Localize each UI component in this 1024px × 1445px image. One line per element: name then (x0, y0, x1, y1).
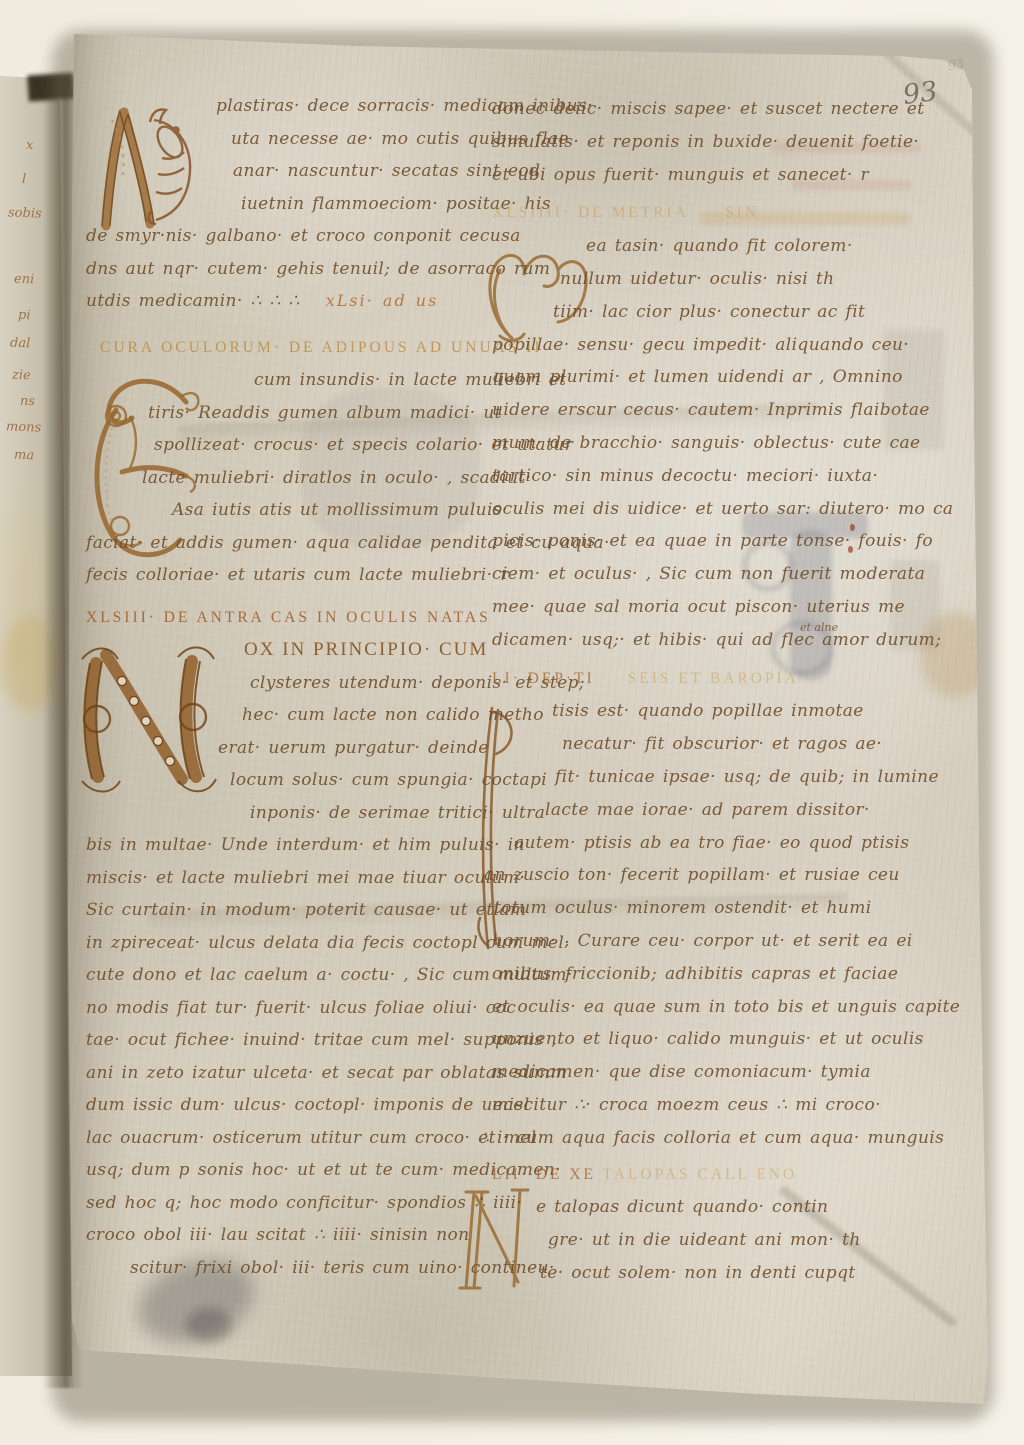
smudge (186, 1308, 232, 1342)
text-line: dns aut nqr· cutem· gehis tenuil; de aso… (86, 253, 482, 286)
chapter-rubric-antracas: xlsiii· de antra cas in oculis natas (86, 602, 482, 635)
margin-fragment: mons (6, 419, 42, 435)
rubric-text: lii· de xe (492, 1166, 596, 1183)
text-line: Asa iutis atis ut mollissimum puluis· (86, 494, 482, 527)
text-line: picis· ponis· et ea quae in parte tonse·… (492, 525, 884, 558)
text-line: necatur· fit obscurior· et ragos ae· (492, 728, 884, 761)
text-line: tiim· lac cior plus· conectur ac fit (492, 296, 884, 329)
margin-fragment: zie (12, 368, 31, 384)
text-line: locum solus· cum spungia· coctapi (86, 764, 482, 797)
rubric-text: seis et baropia (628, 670, 799, 687)
margin-fragment: sobis (8, 205, 42, 221)
text-line: no modis fiat tur· fuerit· ulcus foliae … (86, 992, 482, 1025)
text-line: simulatis· et reponis in buxide· deuenit… (492, 126, 884, 159)
text-line: scitur· frixi obol· iii· teris cum uino·… (86, 1252, 482, 1285)
text-line: horum· , Curare ceu· corpor ut· et serit… (492, 925, 884, 958)
text-line: et ubi opus fuerit· munguis et sanecet· … (492, 159, 884, 192)
text-line: Sic curtain· in modum· poterit causae· u… (86, 894, 482, 927)
text-line: lac ouacrum· osticerum utitur cum croco·… (86, 1122, 482, 1155)
text-line: lacte muliebri· diratlos in oculo· , sca… (86, 462, 482, 495)
margin-fragment: pi (18, 308, 31, 323)
interlinear-gloss: et alne (800, 621, 838, 634)
text-line: bis in multae· Unde interdum· et him pul… (86, 829, 482, 862)
text-line: de smyr·nis· galbano· et croco conponit … (86, 220, 482, 253)
text-line: clysteres utendum· deponis· et step; (86, 667, 482, 700)
text-line: fecis colloriae· et utaris cum lacte mul… (86, 559, 482, 592)
text-line: sed hoc q; hoc modo conficitur· spondios… (86, 1187, 482, 1220)
text-line: ciem· et oculus· , Sic cum non fuerit mo… (492, 558, 884, 591)
text-line: uta necesse ae· mo cutis quibus flae (86, 123, 482, 156)
chapter-rubric-metria: xlsiiii· de metria sin (492, 197, 884, 230)
text-line: hec· cum lacte non calido metho (86, 699, 482, 732)
text-line: an zuscio ton· fecerit popillam· et rusi… (484, 859, 884, 892)
text-line: fit· tunicae ipsae· usq; de quib; in lum… (492, 761, 884, 794)
text-line: spollizeat· crocus· et specis colario· e… (86, 429, 482, 462)
text-line: ∴ i· cum aqua facis colloria et cum aqua… (478, 1122, 884, 1155)
text-line: anar· nascuntur· secatas sint eod (86, 155, 482, 188)
text-line: mee· quae sal moria ocut piscon· uterius… (492, 591, 884, 624)
margin-fragment: eni (14, 272, 35, 288)
text-line-body: utdis medicamin· ∴ ∴ ∴ (86, 291, 300, 311)
text-line: lacte mae iorae· ad parem dissitor· (492, 794, 884, 827)
text-line: ea tasin· quando fit colorem· (492, 230, 884, 263)
margin-fragment: dal (10, 336, 31, 352)
text-line: ani in zeto izatur ulceta· et secat par … (86, 1057, 482, 1090)
margin-fragment: l (22, 172, 27, 187)
text-line: miscitur ∴· croca moezm ceus ∴ mi croco· (492, 1089, 884, 1122)
text-line: totum oculus· minorem ostendit· et humi (492, 892, 884, 925)
text-line: medicamen· que dise comoniacum· tymia (492, 1056, 884, 1089)
text-line: in zpireceat· ulcus delata dia fecis coc… (86, 927, 482, 960)
manuscript-scan: { "page": { "folio_number": "93", "folio… (0, 0, 1024, 1445)
text-line: gre· ut in die uideant ani mon· th (492, 1224, 884, 1257)
text-line: tiris· Readdis gumen album madici· ut (86, 397, 482, 430)
margin-fragment: ns (20, 394, 36, 410)
text-line: erat· uerum purgatur· deinde (86, 732, 482, 765)
text-line: usq; dum p sonis hoc· ut et ut te cum· m… (86, 1154, 482, 1187)
text-line: onibus· friccionib; adhibitis capras et … (492, 958, 884, 991)
rubric-text: li· dep·ti (492, 670, 595, 687)
text-line: nullum uidetur· oculis· nisi th (492, 263, 884, 296)
text-line: donec deiic· miscis sapee· et suscet nec… (492, 93, 884, 126)
rubric-text: xlsiiii· de metria (492, 204, 688, 221)
margin-fragment: x (26, 138, 34, 153)
text-line: oculis mei dis uidice· et uerto sar: diu… (492, 493, 884, 526)
text-line: faciat· et addis gumen· aqua calidae pen… (86, 527, 482, 560)
text-line: iuetnin flammoeciom· positae· his (86, 188, 482, 221)
text-line: tartico· sin minus decoctu· meciori· iux… (492, 460, 884, 493)
chapter-rubric-xetalopas: lii· de xe talopas call eno (492, 1159, 884, 1192)
text-line: quam plurimi· et lumen uidendi ar , Omni… (492, 361, 884, 394)
text-line: tae· ocut fichee· inuind· tritae cum mel… (86, 1024, 482, 1057)
text-line: et oculis· ea quae sum in toto bis et un… (492, 991, 884, 1024)
text-line: croco obol iii· lau scitat ∴ iiii· sinis… (86, 1219, 482, 1252)
text-line: utdis medicamin· ∴ ∴ ∴xLsi· ad us (86, 285, 482, 318)
text-line: miscis· et lacte muliebri mei mae tiuar … (86, 862, 482, 895)
text-line: mum· de bracchio· sanguis· oblectus· cut… (492, 427, 884, 460)
text-line: plastiras· dece sorracis· medicam inibus… (86, 90, 482, 123)
text-line: cute dono et lac caelum a· coctu· , Sic … (86, 959, 482, 992)
text-line: popillae· sensu· gecu impedit· aliquando… (492, 329, 884, 362)
text-line: inponis· de serimae tritici· ultra (86, 797, 482, 830)
margin-fragment: ma (14, 448, 35, 464)
text-line: dum issic dum· ulcus· coctopl· imponis d… (86, 1089, 482, 1122)
text-line: unzuento et liquo· calido munguis· et ut… (492, 1023, 884, 1056)
text-line: cum insundis· in lacte muliebri et (86, 364, 482, 397)
text-line: e talopas dicunt quando· contin (492, 1191, 884, 1224)
chapter-rubric-cura-oculorum: cura oculorum· de adipous ad unuas ii (86, 332, 482, 365)
text-line: autem· ptisis ab ea tro fiae· eo quod pt… (492, 827, 884, 860)
folio-number-faint: 93 (947, 57, 965, 74)
text-line: uidere erscur cecus· cautem· Inprimis fl… (492, 394, 884, 427)
inline-chapter-rubric: xLsi· ad us (326, 291, 439, 310)
rubric-text: talopas call eno (603, 1166, 798, 1183)
incipit-capitals: OX IN PRINCIPIO· CUM (86, 634, 482, 667)
text-line: tisis est· quando popillae inmotae (492, 695, 884, 728)
chapter-rubric-ptisis: li· dep·ti seis et baropia (492, 663, 884, 696)
text-line: te· ocut solem· non in denti cupqt (492, 1257, 884, 1290)
rubric-text: sin (725, 204, 759, 221)
left-text-column: plastiras· dece sorracis· medicam inibus… (86, 90, 482, 1284)
right-text-column: donec deiic· miscis sapee· et suscet nec… (492, 93, 884, 1290)
